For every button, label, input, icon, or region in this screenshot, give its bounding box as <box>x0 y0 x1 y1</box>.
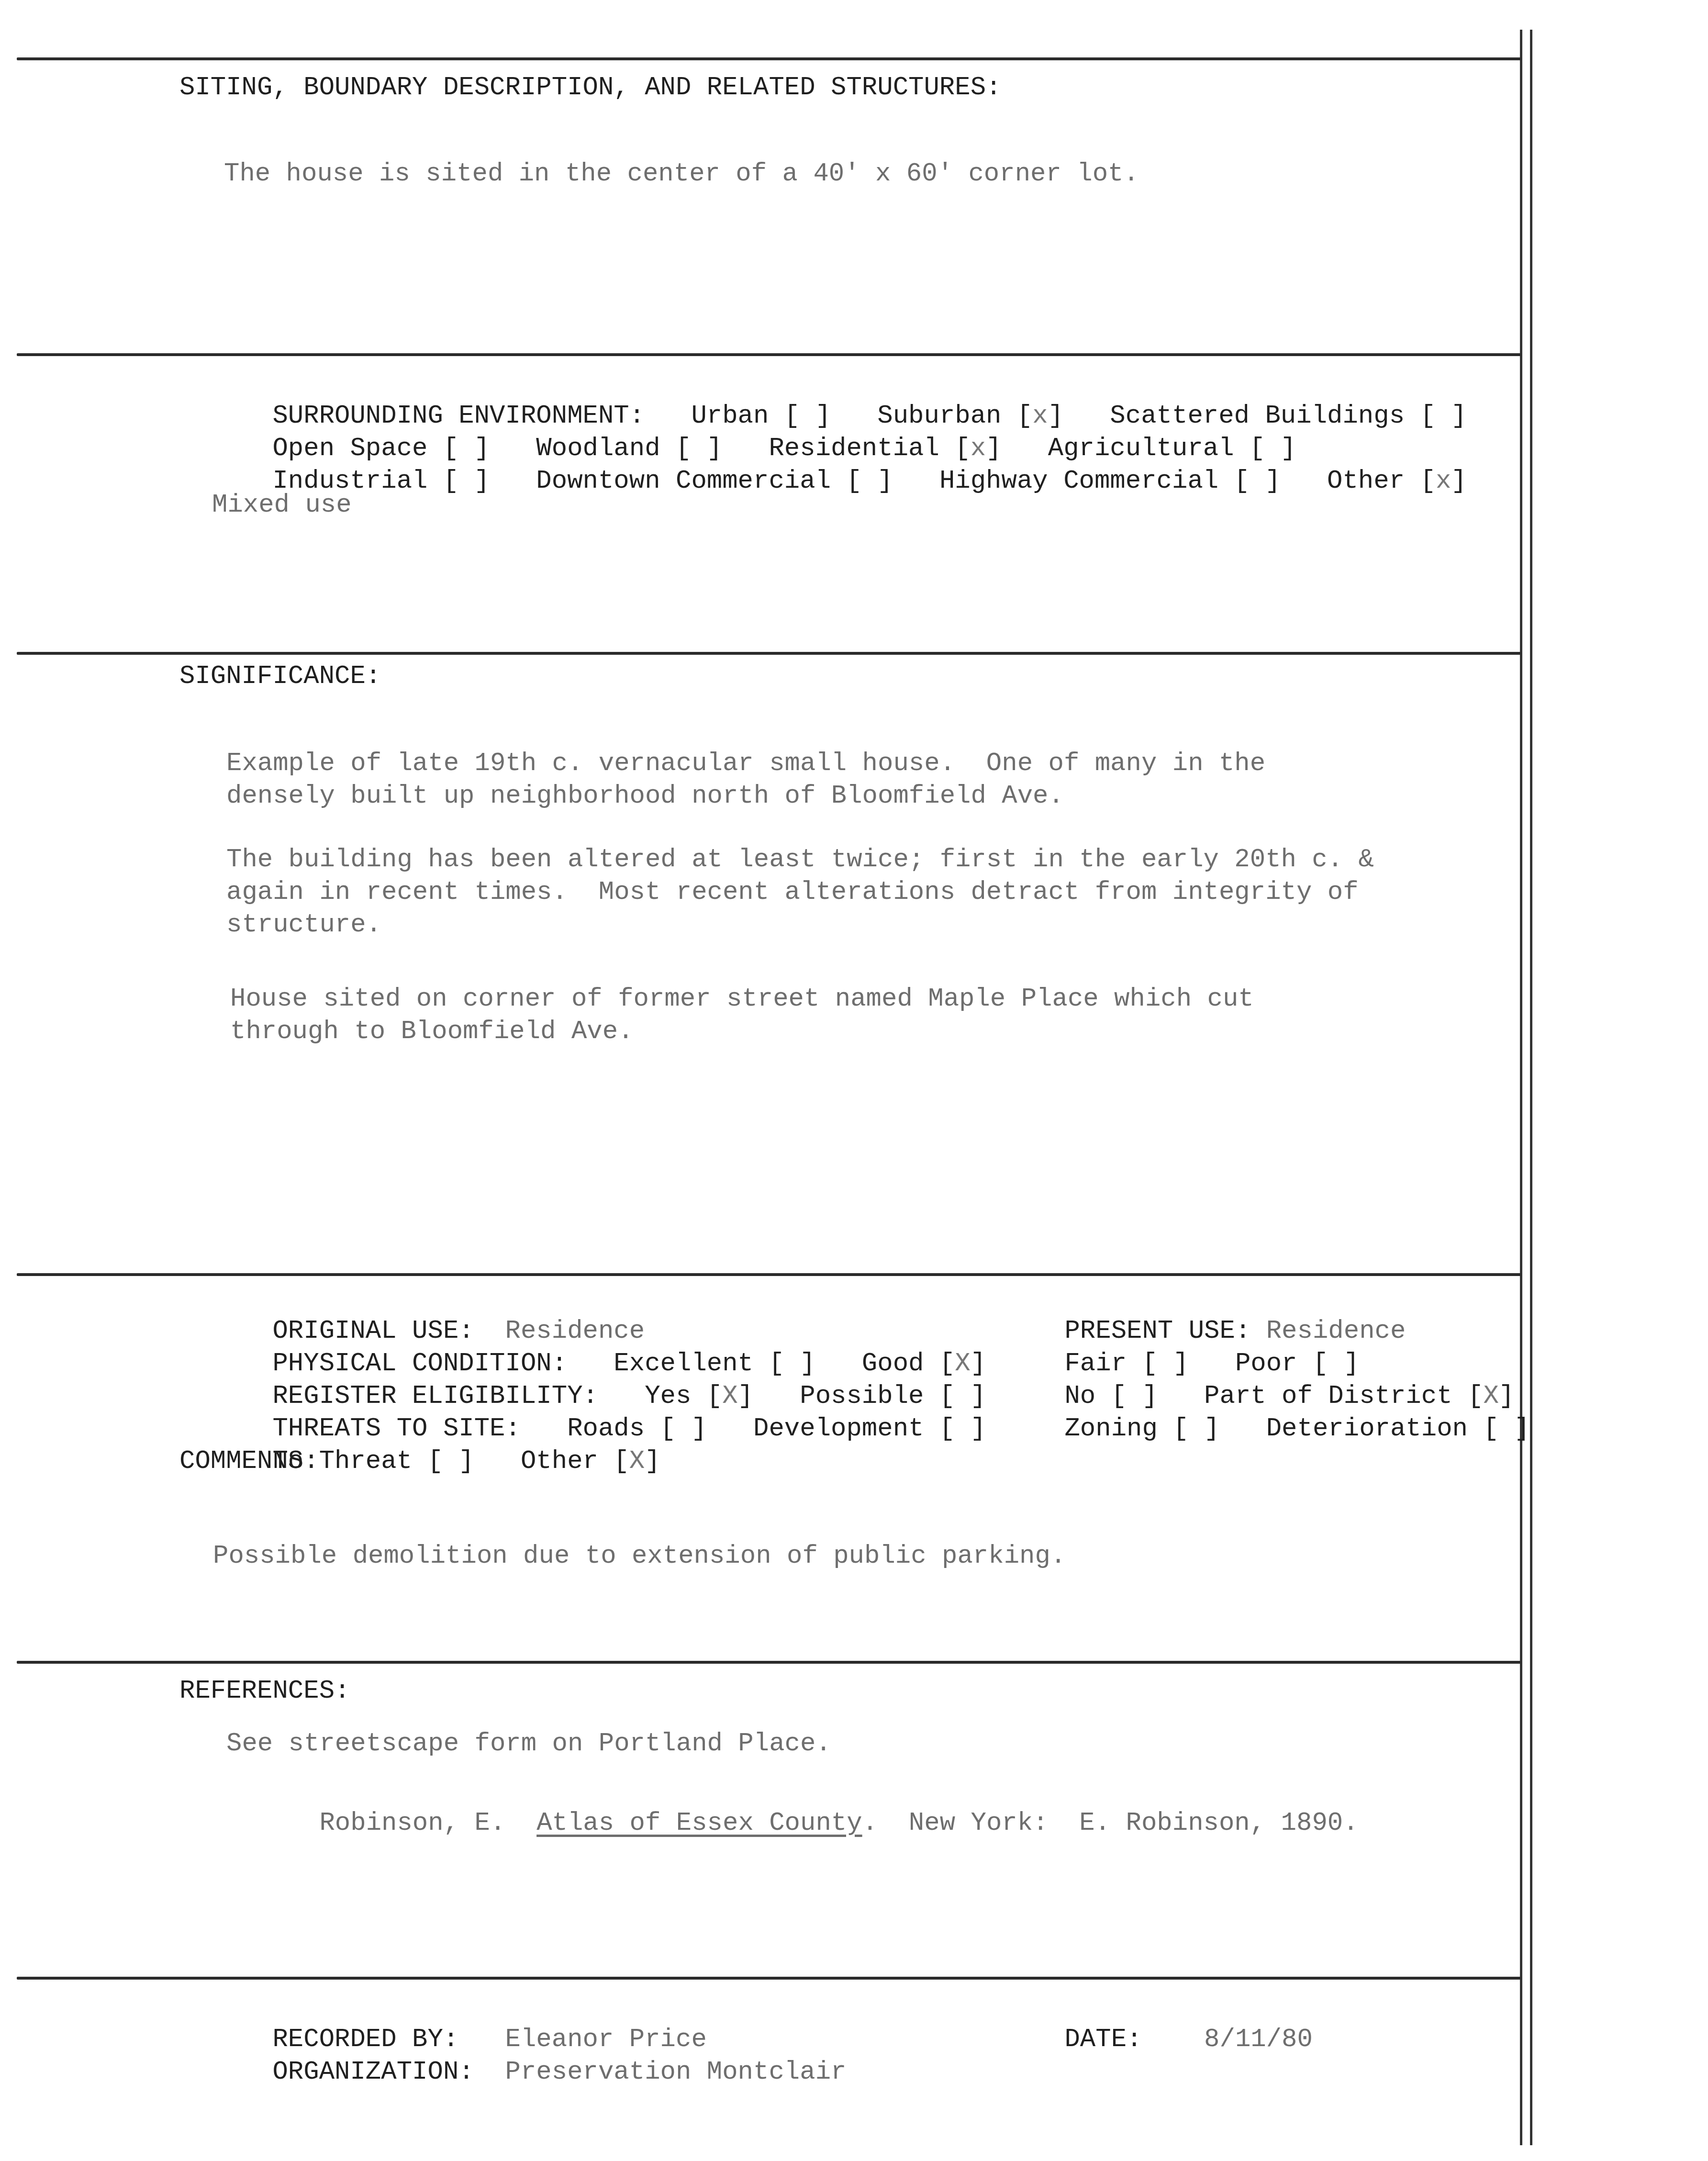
significance-p3-line2: through to Bloomfield Ave. <box>230 1016 634 1048</box>
section-divider-use <box>17 1273 1521 1276</box>
date-value[interactable]: 8/11/80 <box>1204 2025 1313 2054</box>
option-downtown-commercial[interactable]: Downtown Commercial [ ] <box>536 467 893 496</box>
section-divider-significance <box>17 652 1521 655</box>
option-development[interactable]: Development [ ] <box>753 1414 986 1444</box>
option-zoning[interactable]: Zoning [ ] <box>1064 1414 1219 1444</box>
option-other[interactable]: Other [x] <box>1327 467 1467 496</box>
reference-1: See streetscape form on Portland Place. <box>226 1728 831 1760</box>
organization-label: ORGANIZATION: <box>272 2058 474 2087</box>
references-heading: REFERENCES: <box>179 1675 350 1708</box>
checkbox-mark <box>1189 1414 1204 1444</box>
significance-heading: SIGNIFICANCE: <box>179 661 381 693</box>
reference-2: Robinson, E. Atlas of Essex County. New … <box>226 1775 1359 1872</box>
right-border-outer <box>1530 30 1532 2145</box>
surrounding-note: Mixed use <box>212 489 352 522</box>
comments-text: Possible demolition due to extension of … <box>213 1540 1066 1573</box>
organization-value[interactable]: Preservation Montclair <box>505 2058 847 2087</box>
checkbox-mark <box>1250 467 1265 496</box>
significance-p1-line2: densely built up neighborhood north of B… <box>226 780 1064 813</box>
section-divider-references <box>17 1661 1521 1664</box>
option-highway-commercial[interactable]: Highway Commercial [ ] <box>939 467 1281 496</box>
option-deterioration[interactable]: Deterioration [ ] <box>1266 1414 1530 1444</box>
section-divider-recorded <box>17 1977 1521 1980</box>
date-row: DATE: 8/11/80 <box>971 1991 1313 2089</box>
reference-2-title: Atlas of Essex County <box>536 1809 862 1838</box>
right-border-inner <box>1520 30 1522 2145</box>
date-label: DATE: <box>1064 2025 1142 2054</box>
organization-row: ORGANIZATION: Preservation Montclair <box>179 2024 846 2121</box>
siting-text: The house is sited in the center of a 40… <box>224 158 1139 190</box>
surrounding-row-3: Industrial [ ] Downtown Commercial [ ] H… <box>179 433 1467 530</box>
reference-2-publisher: . New York: E. Robinson, 1890. <box>862 1809 1359 1838</box>
significance-p2-line3: structure. <box>226 909 381 941</box>
checkbox-mark: x <box>1436 467 1451 496</box>
checkbox-mark <box>862 467 877 496</box>
significance-p2-line2: again in recent times. Most recent alter… <box>226 876 1359 909</box>
checkbox-mark <box>458 467 474 496</box>
checkbox-mark <box>955 1414 970 1444</box>
section-divider-surrounding <box>17 353 1521 356</box>
significance-p1-line1: Example of late 19th c. vernacular small… <box>226 748 1265 780</box>
option-threat-other[interactable]: Other [X] <box>521 1447 660 1476</box>
reference-2-author: Robinson, E. <box>319 1809 536 1838</box>
comments-label: COMMENTS: <box>179 1445 319 1478</box>
checkbox-mark <box>443 1447 458 1476</box>
checkbox-mark <box>1436 402 1451 431</box>
survey-form-page: SITING, BOUNDARY DESCRIPTION, AND RELATE… <box>0 0 1708 2161</box>
checkbox-mark <box>676 1414 691 1444</box>
checkbox-mark: X <box>629 1447 645 1476</box>
significance-p3-line1: House sited on corner of former street n… <box>230 983 1254 1016</box>
siting-heading: SITING, BOUNDARY DESCRIPTION, AND RELATE… <box>179 72 1001 104</box>
threats-row-right: Zoning [ ] Deterioration [ ] <box>971 1380 1530 1478</box>
significance-p2-line1: The building has been altered at least t… <box>226 844 1374 876</box>
checkbox-mark <box>1499 1414 1514 1444</box>
section-divider-top <box>17 57 1521 60</box>
